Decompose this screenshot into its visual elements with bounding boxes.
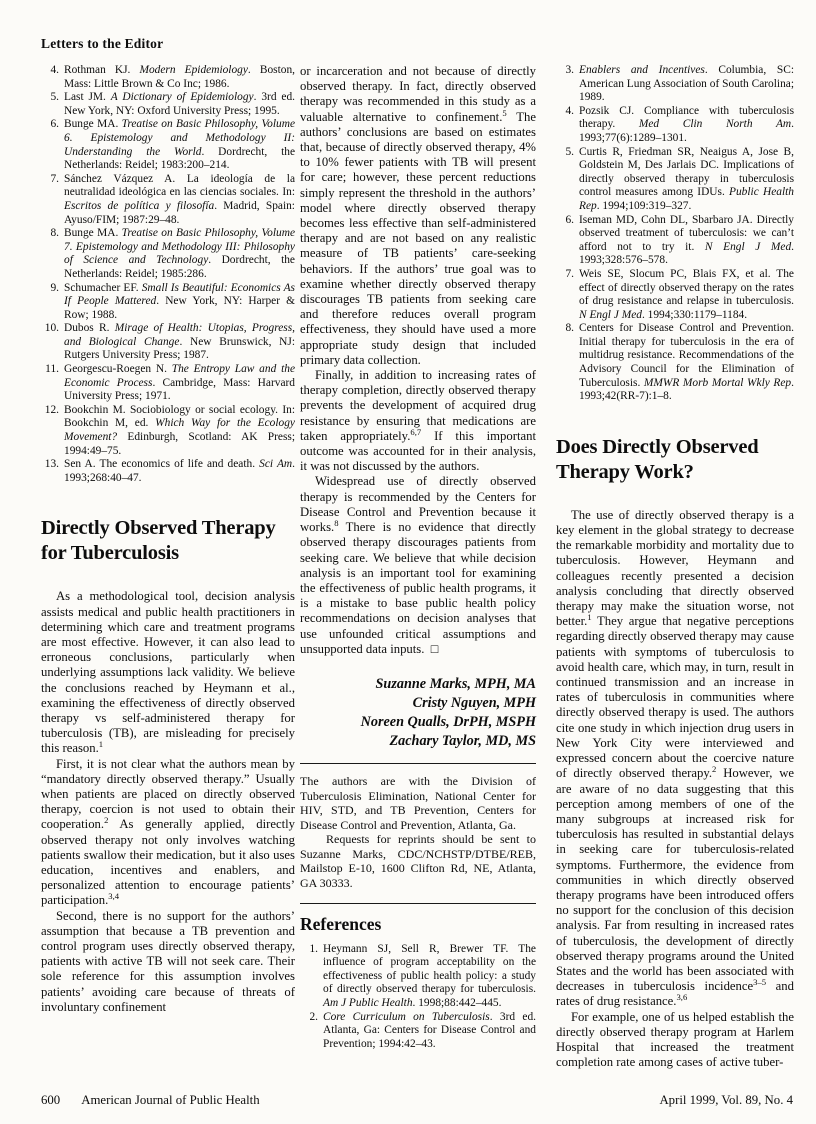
reference-text: Centers for Disease Control and Preventi… bbox=[579, 322, 794, 402]
reference-number: 13. bbox=[41, 458, 59, 472]
letter-title: Directly Observed Therapy for Tuberculos… bbox=[41, 516, 295, 566]
reference-text: Sánchez Vázquez A. La ideología de la ne… bbox=[64, 173, 295, 226]
reference-number: 11. bbox=[41, 363, 59, 377]
reference-number: 2. bbox=[300, 1011, 318, 1025]
author-name: Noreen Qualls, DrPH, MSPH bbox=[300, 713, 536, 732]
author-signature-block: Suzanne Marks, MPH, MA Cristy Nguyen, MP… bbox=[300, 675, 536, 751]
reference-item: 5.Curtis R, Friedman SR, Neaigus A, Jose… bbox=[556, 146, 794, 214]
author-name: Cristy Nguyen, MPH bbox=[300, 694, 536, 713]
reference-text: Bunge MA. Treatise on Basic Philosophy, … bbox=[64, 118, 295, 171]
reference-number: 7. bbox=[556, 268, 574, 282]
reference-text: Georgescu-Roegen N. The Entropy Law and … bbox=[64, 363, 295, 402]
reference-item: 10.Dubos R. Mirage of Health: Utopias, P… bbox=[41, 322, 295, 363]
issue-info: April 1999, Vol. 89, No. 4 bbox=[659, 1093, 793, 1108]
reference-item: 3.Enablers and Incentives. Columbia, SC:… bbox=[556, 64, 794, 105]
reference-item: 7.Weis SE, Slocum PC, Blais FX, et al. T… bbox=[556, 268, 794, 322]
reference-item: 8.Centers for Disease Control and Preven… bbox=[556, 322, 794, 404]
page-number: 600 bbox=[41, 1093, 60, 1107]
reference-number: 12. bbox=[41, 404, 59, 418]
reference-number: 6. bbox=[41, 118, 59, 132]
author-name: Suzanne Marks, MPH, MA bbox=[300, 675, 536, 694]
reference-number: 5. bbox=[556, 146, 574, 160]
reference-item: 11.Georgescu-Roegen N. The Entropy Law a… bbox=[41, 363, 295, 404]
reference-item: 2.Core Curriculum on Tuberculosis. 3rd e… bbox=[300, 1011, 536, 1052]
right-column: 3.Enablers and Incentives. Columbia, SC:… bbox=[556, 64, 794, 1070]
reference-item: 1.Heymann SJ, Sell R, Brewer TF. The inf… bbox=[300, 943, 536, 1011]
reference-text: Iseman MD, Cohn DL, Sbarbaro JA. Directl… bbox=[579, 214, 794, 267]
section-header: Letters to the Editor bbox=[41, 36, 163, 52]
journal-name: American Journal of Public Health bbox=[81, 1093, 259, 1107]
footnote-divider bbox=[300, 763, 536, 764]
paragraph: The use of directly observed therapy is … bbox=[556, 508, 794, 1010]
author-affiliation: The authors are with the Division of Tub… bbox=[300, 774, 536, 832]
reference-item: 9.Schumacher EF. Small Is Beautiful: Eco… bbox=[41, 282, 295, 323]
paragraph: Second, there is no support for the auth… bbox=[41, 909, 295, 1015]
paragraph: As a methodological tool, decision analy… bbox=[41, 589, 295, 756]
left-column: 4.Rothman KJ. Modern Epidemiology. Bosto… bbox=[41, 64, 295, 1015]
reference-item: 6.Bunge MA. Treatise on Basic Philosophy… bbox=[41, 118, 295, 172]
letter-title: Does Directly Observed Therapy Work? bbox=[556, 435, 794, 485]
reference-item: 7.Sánchez Vázquez A. La ideología de la … bbox=[41, 173, 295, 227]
reference-item: 13.Sen A. The economics of life and deat… bbox=[41, 458, 295, 485]
reference-text: Last JM. A Dictionary of Epidemiology. 3… bbox=[64, 91, 295, 117]
reference-number: 4. bbox=[41, 64, 59, 78]
paragraph: For example, one of us helped establish … bbox=[556, 1010, 794, 1071]
reference-text: Enablers and Incentives. Columbia, SC: A… bbox=[579, 64, 794, 103]
reference-list: 1.Heymann SJ, Sell R, Brewer TF. The inf… bbox=[300, 943, 536, 1052]
paragraph-continuation: or incarceration and not because of dire… bbox=[300, 64, 536, 368]
reference-number: 6. bbox=[556, 214, 574, 228]
reference-number: 5. bbox=[41, 91, 59, 105]
reference-item: 5.Last JM. A Dictionary of Epidemiology.… bbox=[41, 91, 295, 118]
reference-list-continued: 4.Rothman KJ. Modern Epidemiology. Bosto… bbox=[41, 64, 295, 485]
reference-number: 7. bbox=[41, 173, 59, 187]
paragraph: Finally, in addition to increasing rates… bbox=[300, 368, 536, 474]
reference-item: 4.Rothman KJ. Modern Epidemiology. Bosto… bbox=[41, 64, 295, 91]
reprint-request-note: Requests for reprints should be sent to … bbox=[300, 832, 536, 890]
reference-item: 6.Iseman MD, Cohn DL, Sbarbaro JA. Direc… bbox=[556, 214, 794, 268]
middle-column: or incarceration and not because of dire… bbox=[300, 64, 536, 1051]
reference-number: 9. bbox=[41, 282, 59, 296]
reference-number: 1. bbox=[300, 943, 318, 957]
reference-item: 12.Bookchin M. Sociobiology or social ec… bbox=[41, 404, 295, 458]
reference-text: Bunge MA. Treatise on Basic Philosophy, … bbox=[64, 227, 295, 280]
page-footer: 600American Journal of Public Health Apr… bbox=[41, 1093, 793, 1108]
reference-text: Pozsik CJ. Compliance with tuberculosis … bbox=[579, 105, 794, 144]
reference-text: Sen A. The economics of life and death. … bbox=[64, 458, 295, 484]
paragraph: First, it is not clear what the authors … bbox=[41, 757, 295, 909]
reference-list-continued: 3.Enablers and Incentives. Columbia, SC:… bbox=[556, 64, 794, 404]
reference-text: Weis SE, Slocum PC, Blais FX, et al. The… bbox=[579, 268, 794, 321]
paragraph: Widespread use of directly observed ther… bbox=[300, 474, 536, 656]
reference-item: 8.Bunge MA. Treatise on Basic Philosophy… bbox=[41, 227, 295, 281]
reference-text: Core Curriculum on Tuberculosis. 3rd ed.… bbox=[323, 1011, 536, 1050]
reference-number: 4. bbox=[556, 105, 574, 119]
journal-page: Letters to the Editor 4.Rothman KJ. Mode… bbox=[0, 0, 816, 1124]
author-name: Zachary Taylor, MD, MS bbox=[300, 732, 536, 751]
reference-item: 4.Pozsik CJ. Compliance with tuberculosi… bbox=[556, 105, 794, 146]
reference-text: Heymann SJ, Sell R, Brewer TF. The influ… bbox=[323, 943, 536, 1009]
reference-number: 8. bbox=[556, 322, 574, 336]
footer-left: 600American Journal of Public Health bbox=[41, 1093, 260, 1108]
reference-text: Curtis R, Friedman SR, Neaigus A, Jose B… bbox=[579, 146, 794, 212]
references-divider bbox=[300, 903, 536, 904]
reference-text: Rothman KJ. Modern Epidemiology. Boston,… bbox=[64, 64, 295, 90]
reference-text: Schumacher EF. Small Is Beautiful: Econo… bbox=[64, 282, 295, 321]
references-heading: References bbox=[300, 914, 536, 935]
reference-number: 10. bbox=[41, 322, 59, 336]
reference-text: Dubos R. Mirage of Health: Utopias, Prog… bbox=[64, 322, 295, 361]
reference-text: Bookchin M. Sociobiology or social ecolo… bbox=[64, 404, 295, 457]
reference-number: 3. bbox=[556, 64, 574, 78]
reference-number: 8. bbox=[41, 227, 59, 241]
